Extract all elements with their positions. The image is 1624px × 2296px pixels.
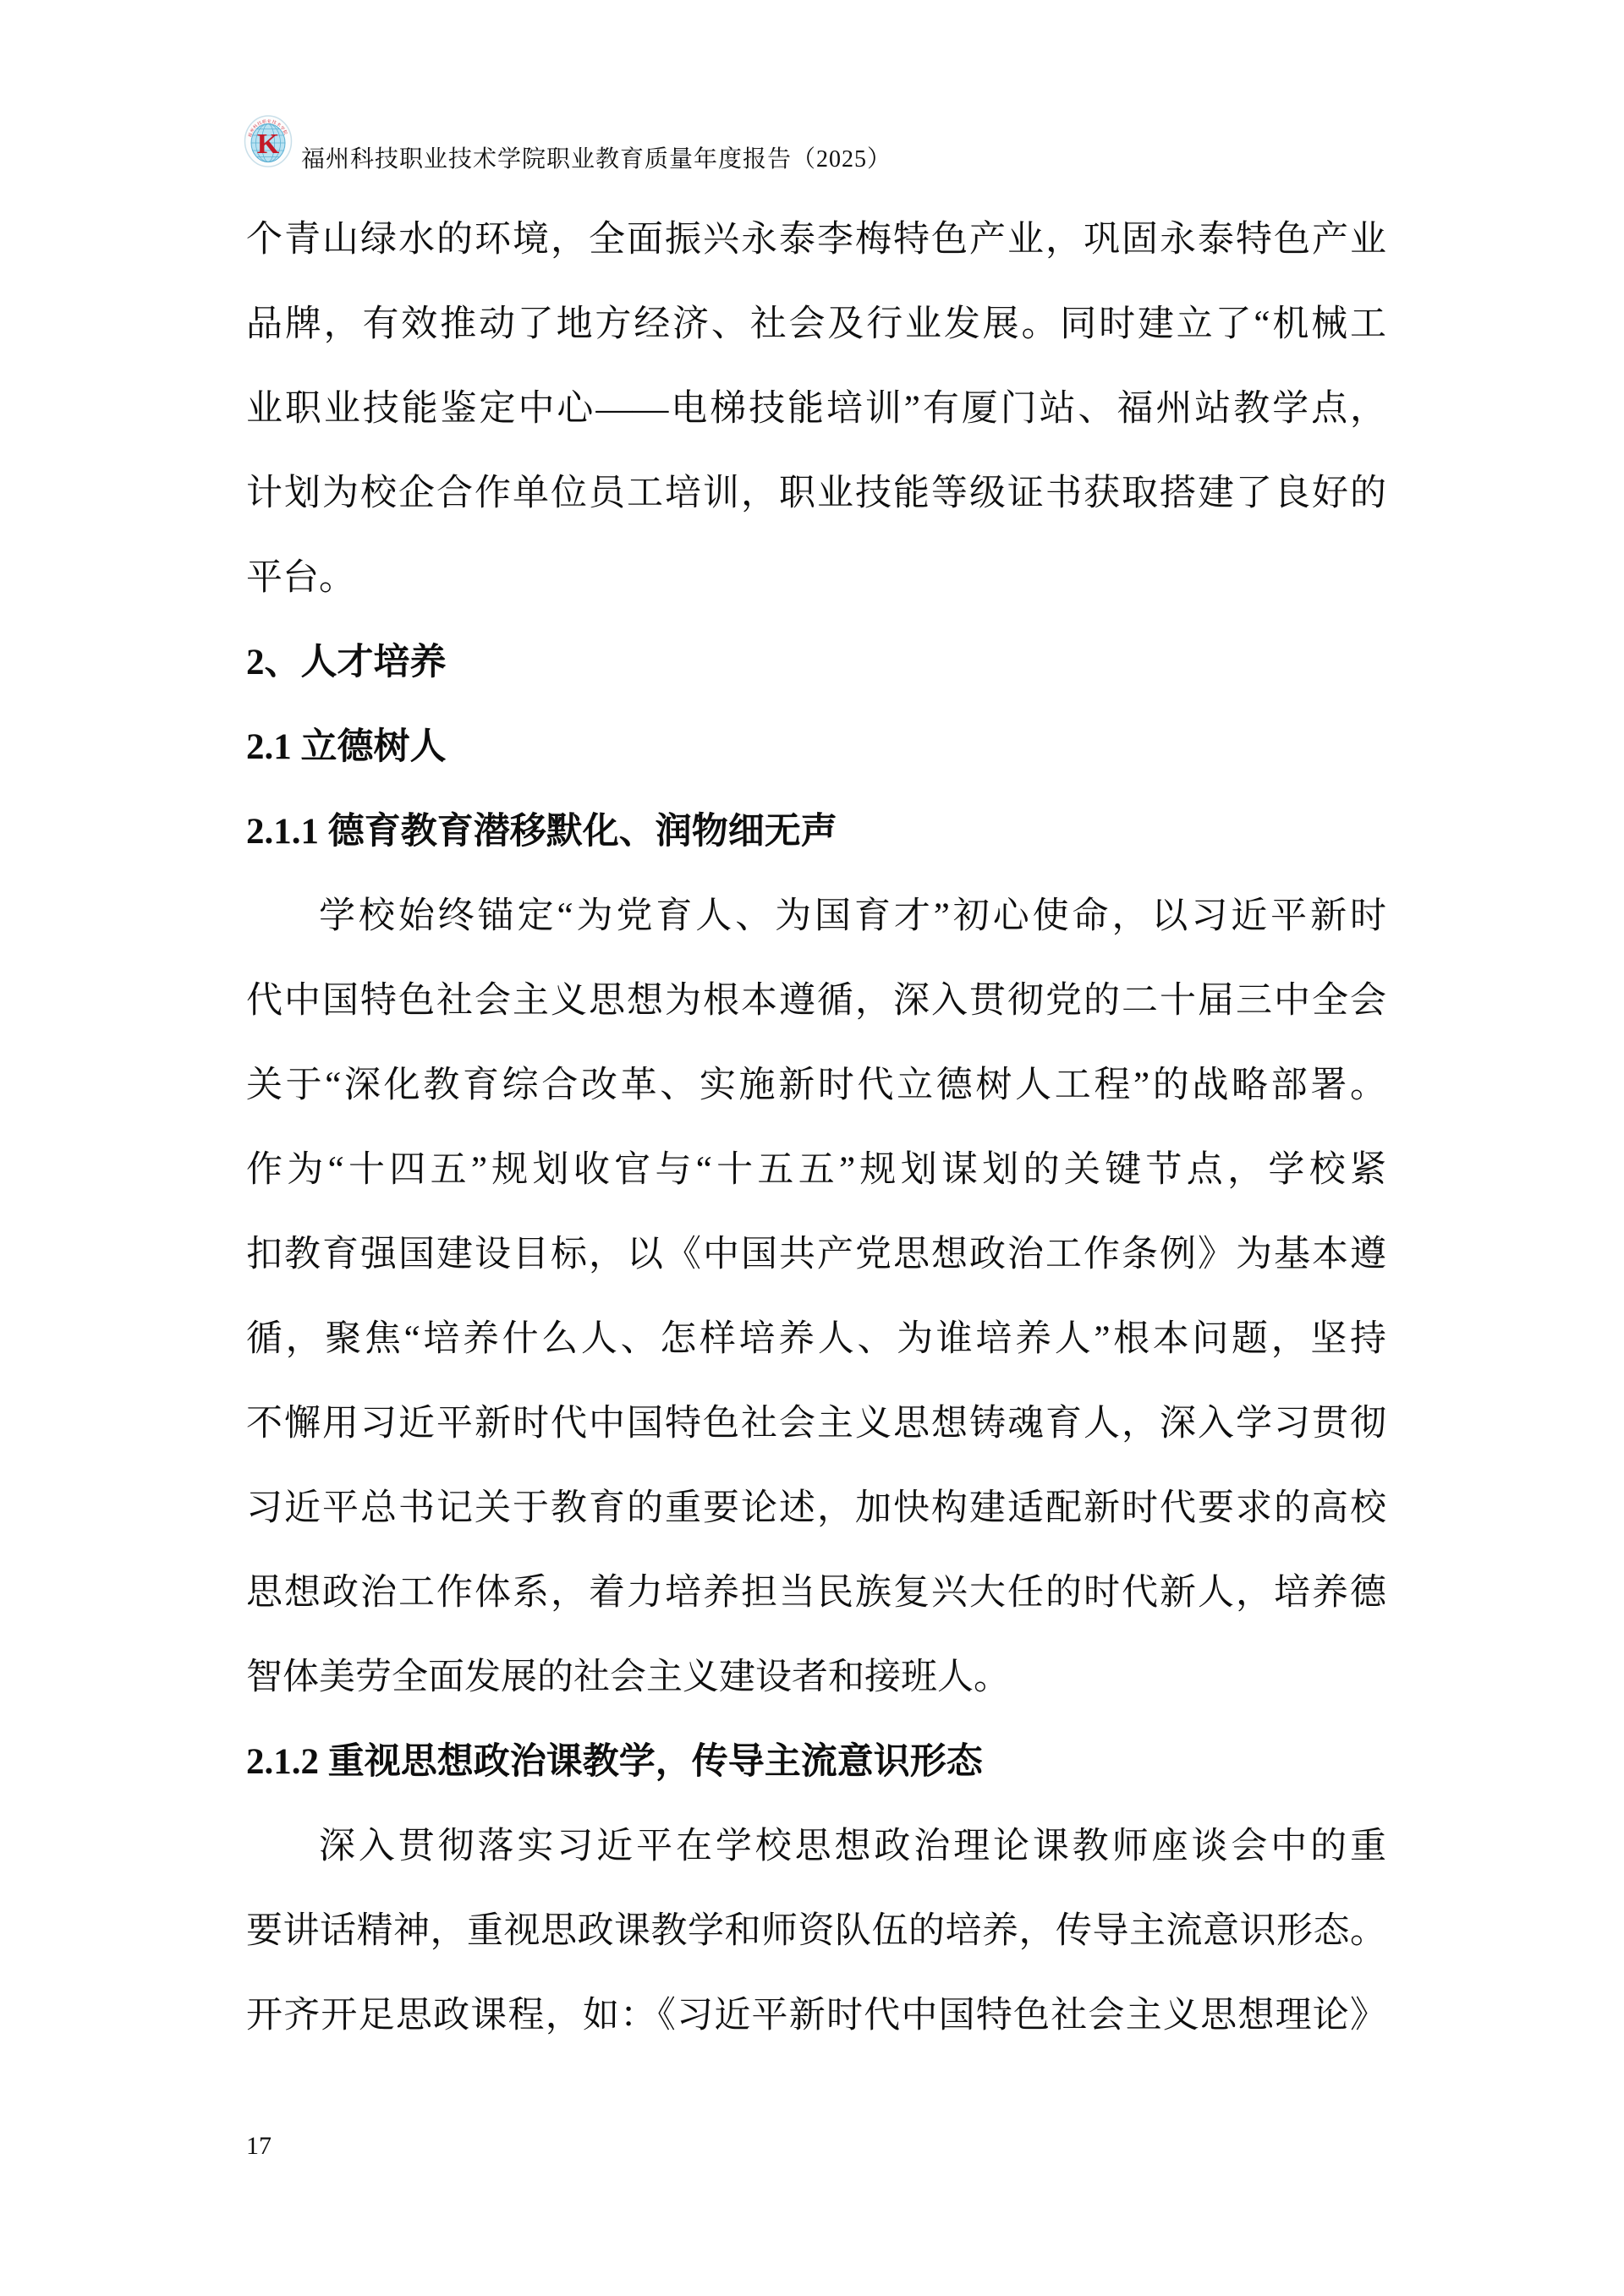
text-line: 个青山绿水的环境，全面振兴永泰李梅特色产业，巩固永泰特色产业 [246, 198, 1386, 282]
text-line: 品牌，有效推动了地方经济、社会及行业发展。同时建立了“机械工 [246, 282, 1386, 367]
document-page: 福州科技职业技术学院 K 福州科技职业技术学院职业教育质量年度报告（2025） … [0, 0, 1624, 2296]
svg-text:K: K [257, 129, 280, 160]
text-line: 不懈用习近平新时代中国特色社会主义思想铸魂育人，深入学习贯彻 [246, 1382, 1386, 1466]
text-line: 习近平总书记关于教育的重要论述，加快构建适配新时代要求的高校 [246, 1466, 1386, 1551]
section-heading-2-1-1: 2.1.1 德育教育潜移默化、润物细无声 [246, 790, 1386, 874]
text-line: 业职业技能鉴定中心——电梯技能培训”有厦门站、福州站教学点， [246, 367, 1386, 452]
text-line: 智体美劳全面发展的社会主义建设者和接班人。 [246, 1636, 1386, 1720]
text-line: 作为“十四五”规划收官与“十五五”规划谋划的关键节点，学校紧 [246, 1128, 1386, 1213]
text-line: 平台。 [246, 536, 1386, 621]
text-line: 开齐开足思政课程，如：《习近平新时代中国特色社会主义思想理论》 [246, 1974, 1386, 2058]
text-line: 学校始终锚定“为党育人、为国育才”初心使命，以习近平新时 [246, 874, 1386, 959]
text-line: 思想政治工作体系，着力培养担当民族复兴大任的时代新人，培养德 [246, 1551, 1386, 1636]
text-line: 关于“深化教育综合改革、实施新时代立德树人工程”的战略部署。 [246, 1044, 1386, 1128]
report-header: 福州科技职业技术学院 K 福州科技职业技术学院职业教育质量年度报告（2025） [244, 115, 892, 167]
text-line: 要讲话精神，重视思政课教学和师资队伍的培养，传导主流意识形态。 [246, 1889, 1386, 1974]
section-heading-2: 2、人才培养 [246, 621, 1386, 705]
text-line: 计划为校企合作单位员工培训，职业技能等级证书获取搭建了良好的 [246, 452, 1386, 536]
school-badge-icon: 福州科技职业技术学院 K [244, 115, 293, 167]
text-line: 扣教育强国建设目标，以《中国共产党思想政治工作条例》为基本遵 [246, 1213, 1386, 1297]
section-heading-2-1-2: 2.1.2 重视思想政治课教学，传导主流意识形态 [246, 1720, 1386, 1805]
text-line: 深入贯彻落实习近平在学校思想政治理论课教师座谈会中的重 [246, 1805, 1386, 1889]
paragraph-1: 个青山绿水的环境，全面振兴永泰李梅特色产业，巩固永泰特色产业品牌，有效推动了地方… [246, 198, 1386, 621]
document-body: 个青山绿水的环境，全面振兴永泰李梅特色产业，巩固永泰特色产业品牌，有效推动了地方… [246, 198, 1386, 2058]
text-line: 循，聚焦“培养什么人、怎样培养人、为谁培养人”根本问题，坚持 [246, 1297, 1386, 1382]
page-number: 17 [246, 2131, 272, 2162]
paragraph-2: 学校始终锚定“为党育人、为国育才”初心使命，以习近平新时代中国特色社会主义思想为… [246, 874, 1386, 1720]
section-heading-2-1: 2.1 立德树人 [246, 705, 1386, 790]
paragraph-3: 深入贯彻落实习近平在学校思想政治理论课教师座谈会中的重要讲话精神，重视思政课教学… [246, 1805, 1386, 2058]
text-line: 代中国特色社会主义思想为根本遵循，深入贯彻党的二十届三中全会 [246, 959, 1386, 1044]
report-title: 福州科技职业技术学院职业教育质量年度报告（2025） [301, 145, 892, 174]
